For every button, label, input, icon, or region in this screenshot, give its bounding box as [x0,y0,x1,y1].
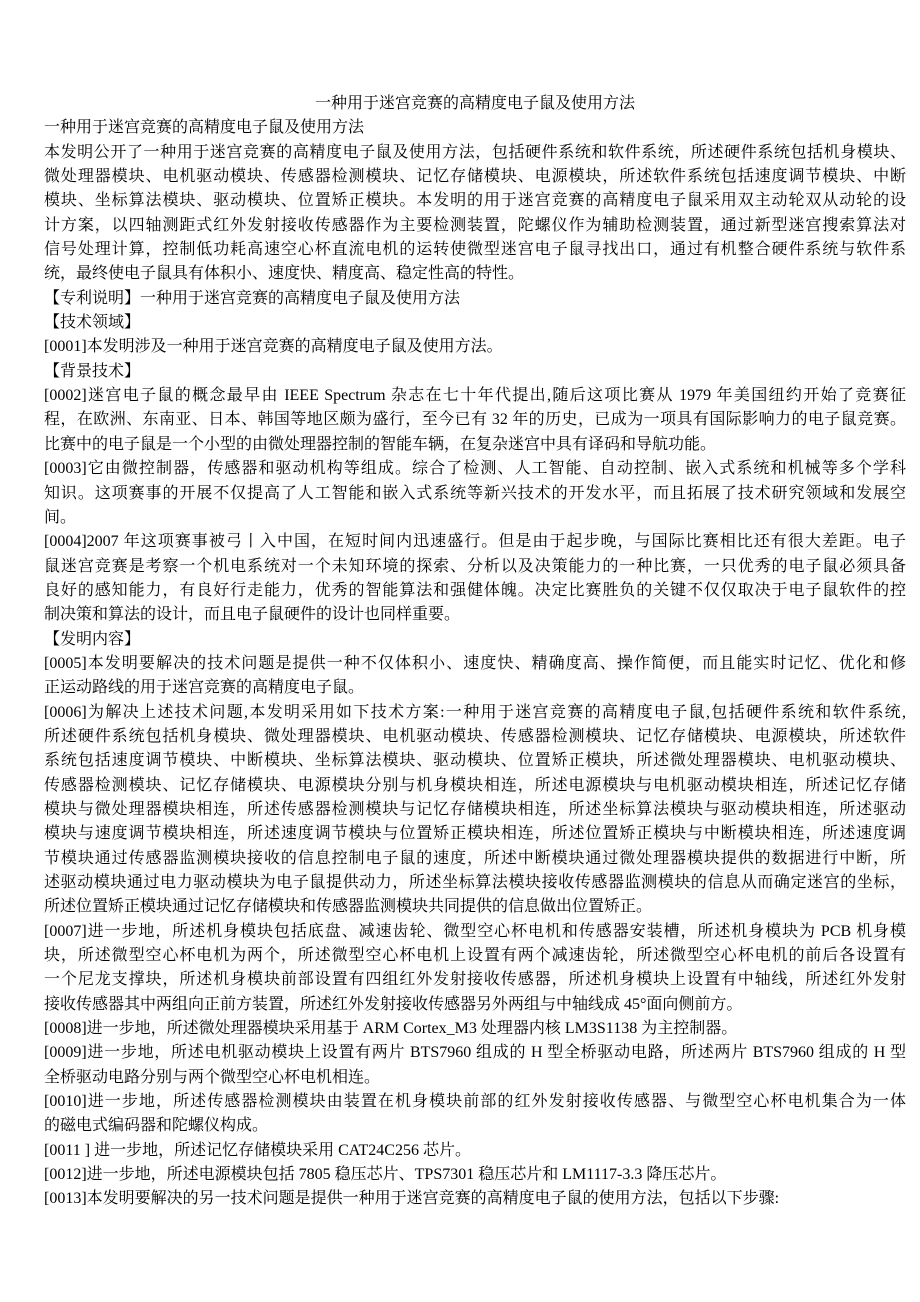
paragraph-0002: [0002]迷宫电子鼠的概念最早由 IEEE Spectrum 杂志在七十年代提… [44,384,906,408]
paragraph-0005: 正运动路线的用于迷宫竞赛的高精度电子鼠。 [44,676,906,700]
abstract-line: 微处理器模块、电机驱动模块、传感器检测模块、记忆存储模块、电源模块，所述软件系统… [44,165,906,189]
paragraph-0009: [0009]进一步地，所述电机驱动模块上设置有两片 BTS7960 组成的 H … [44,1041,906,1065]
paragraph-0006: 系统包括速度调节模块、中断模块、坐标算法模块、驱动模块、位置矫正模块，所述微处理… [44,749,906,773]
paragraph-0004: 制决策和算法的设计，而且电子鼠硬件的设计也同样重要。 [44,603,906,627]
patent-document-page: 一种用于迷宫竞赛的高精度电子鼠及使用方法一种用于迷宫竞赛的高精度电子鼠及使用方法… [0,0,920,1302]
paragraph-0006: [0006]为解决上述技术问题,本发明采用如下技术方案:一种用于迷宫竞赛的高精度… [44,701,906,725]
abstract-line: 模块、坐标算法模块、驱动模块、位置矫正模块。本发明的用于迷宫竞赛的高精度电子鼠采… [44,189,906,213]
paragraph-0003: [0003]它由微控制器，传感器和驱动机构等组成。综合了检测、人工智能、自动控制… [44,457,906,481]
paragraph-0006: 节模块通过传感器监测模块接收的信息控制电子鼠的速度，所述中断模块通过微处理器模块… [44,847,906,871]
paragraph-0007: 一个尼龙支撑块，所述机身模块前部设置有四组红外发射接收传感器，所述机身模块上设置… [44,968,906,992]
paragraph-0004: 良好的感知能力，有良好行走能力，优秀的智能算法和强健体魄。决定比赛胜负的关键不仅… [44,579,906,603]
paragraph-0009: 全桥驱动电路分别与两个微型空心杯电机相连。 [44,1066,906,1090]
paragraph-0010: 的磁电式编码器和陀螺仪构成。 [44,1114,906,1138]
paragraph-0012: [0012]进一步地，所述电源模块包括 7805 稳压芯片、TPS7301 稳压… [44,1163,906,1187]
paragraph-0006: 模块与速度调节模块相连，所述速度调节模块与位置矫正模块相连，所述位置矫正模块与中… [44,822,906,846]
abstract-line: 计方案，以四轴测距式红外发射接收传感器作为主要检测装置，陀螺仪作为辅助检测装置，… [44,214,906,238]
paragraph-0011: [0011 ] 进一步地，所述记忆存储模块采用 CAT24C256 芯片。 [44,1139,906,1163]
patent-description-heading: 【专利说明】一种用于迷宫竞赛的高精度电子鼠及使用方法 [44,287,906,311]
document-title: 一种用于迷宫竞赛的高精度电子鼠及使用方法 [44,92,906,116]
paragraph-0001: [0001]本发明涉及一种用于迷宫竞赛的高精度电子鼠及使用方法。 [44,335,906,359]
abstract-line: 信号处理计算，控制低功耗高速空心杯直流电机的运转使微型迷宫电子鼠寻找出口，通过有… [44,238,906,262]
paragraph-0006: 传感器检测模块、记忆存储模块、电源模块分别与机身模块相连，所述电源模块与电机驱动… [44,774,906,798]
paragraph-0004: 鼠迷宫竞赛是考察一个机电系统对一个未知环境的探索、分析以及决策能力的一种比赛，一… [44,555,906,579]
paragraph-0006: 模块与微处理器模块相连，所述传感器检测模块与记忆存储模块相连，所述坐标算法模块与… [44,798,906,822]
paragraph-0006: 述驱动模块通过电力驱动模块为电子鼠提供动力，所述坐标算法模块接收传感器监测模块的… [44,871,906,895]
paragraph-0002: 比赛中的电子鼠是一个小型的由微处理器控制的智能车辆，在复杂迷宫中具有译码和导航功… [44,433,906,457]
paragraph-0008: [0008]进一步地，所述微处理器模块采用基于 ARM Cortex_M3 处理… [44,1017,906,1041]
section-heading-background: 【背景技术】 [44,360,906,384]
document-text-block: 一种用于迷宫竞赛的高精度电子鼠及使用方法一种用于迷宫竞赛的高精度电子鼠及使用方法… [44,92,906,1212]
document-subtitle: 一种用于迷宫竞赛的高精度电子鼠及使用方法 [44,116,906,140]
paragraph-0006: 所述位置矫正模块通过记忆存储模块和传感器监测模块共同提供的信息做出位置矫正。 [44,895,906,919]
paragraph-0006: 所述硬件系统包括机身模块、微处理器模块、电机驱动模块、传感器检测模块、记忆存储模… [44,725,906,749]
section-heading-technical-field: 【技术领域】 [44,311,906,335]
paragraph-0007: [0007]进一步地，所述机身模块包括底盘、减速齿轮、微型空心杯电机和传感器安装… [44,920,906,944]
paragraph-0013: [0013]本发明要解决的另一技术问题是提供一种用于迷宫竞赛的高精度电子鼠的使用… [44,1187,906,1211]
section-heading-invention-content: 【发明内容】 [44,628,906,652]
paragraph-0005: [0005]本发明要解决的技术问题是提供一种不仅体积小、速度快、精确度高、操作简… [44,652,906,676]
paragraph-0002: 程，在欧洲、东南亚、日本、韩国等地区颇为盛行，至今已有 32 年的历史，已成为一… [44,408,906,432]
paragraph-0004: [0004]2007 年这项赛事被弓丨入中国，在短时间内迅速盛行。但是由于起步晚… [44,530,906,554]
paragraph-0010: [0010]进一步地，所述传感器检测模块由装置在机身模块前部的红外发射接收传感器… [44,1090,906,1114]
abstract-line: 统，最终使电子鼠具有体积小、速度快、精度高、稳定性高的特性。 [44,262,906,286]
paragraph-0007: 接收传感器其中两组向正前方装置，所述红外发射接收传感器另外两组与中轴线成 45°… [44,993,906,1017]
paragraph-0003: 间。 [44,506,906,530]
abstract-line: 本发明公开了一种用于迷宫竞赛的高精度电子鼠及使用方法，包括硬件系统和软件系统，所… [44,141,906,165]
paragraph-0003: 知识。这项赛事的开展不仅提高了人工智能和嵌入式系统等新兴技术的开发水平，而且拓展… [44,482,906,506]
paragraph-0007: 块，所述微型空心杯电机为两个，所述微型空心杯电机上设置有两个减速齿轮，所述微型空… [44,944,906,968]
